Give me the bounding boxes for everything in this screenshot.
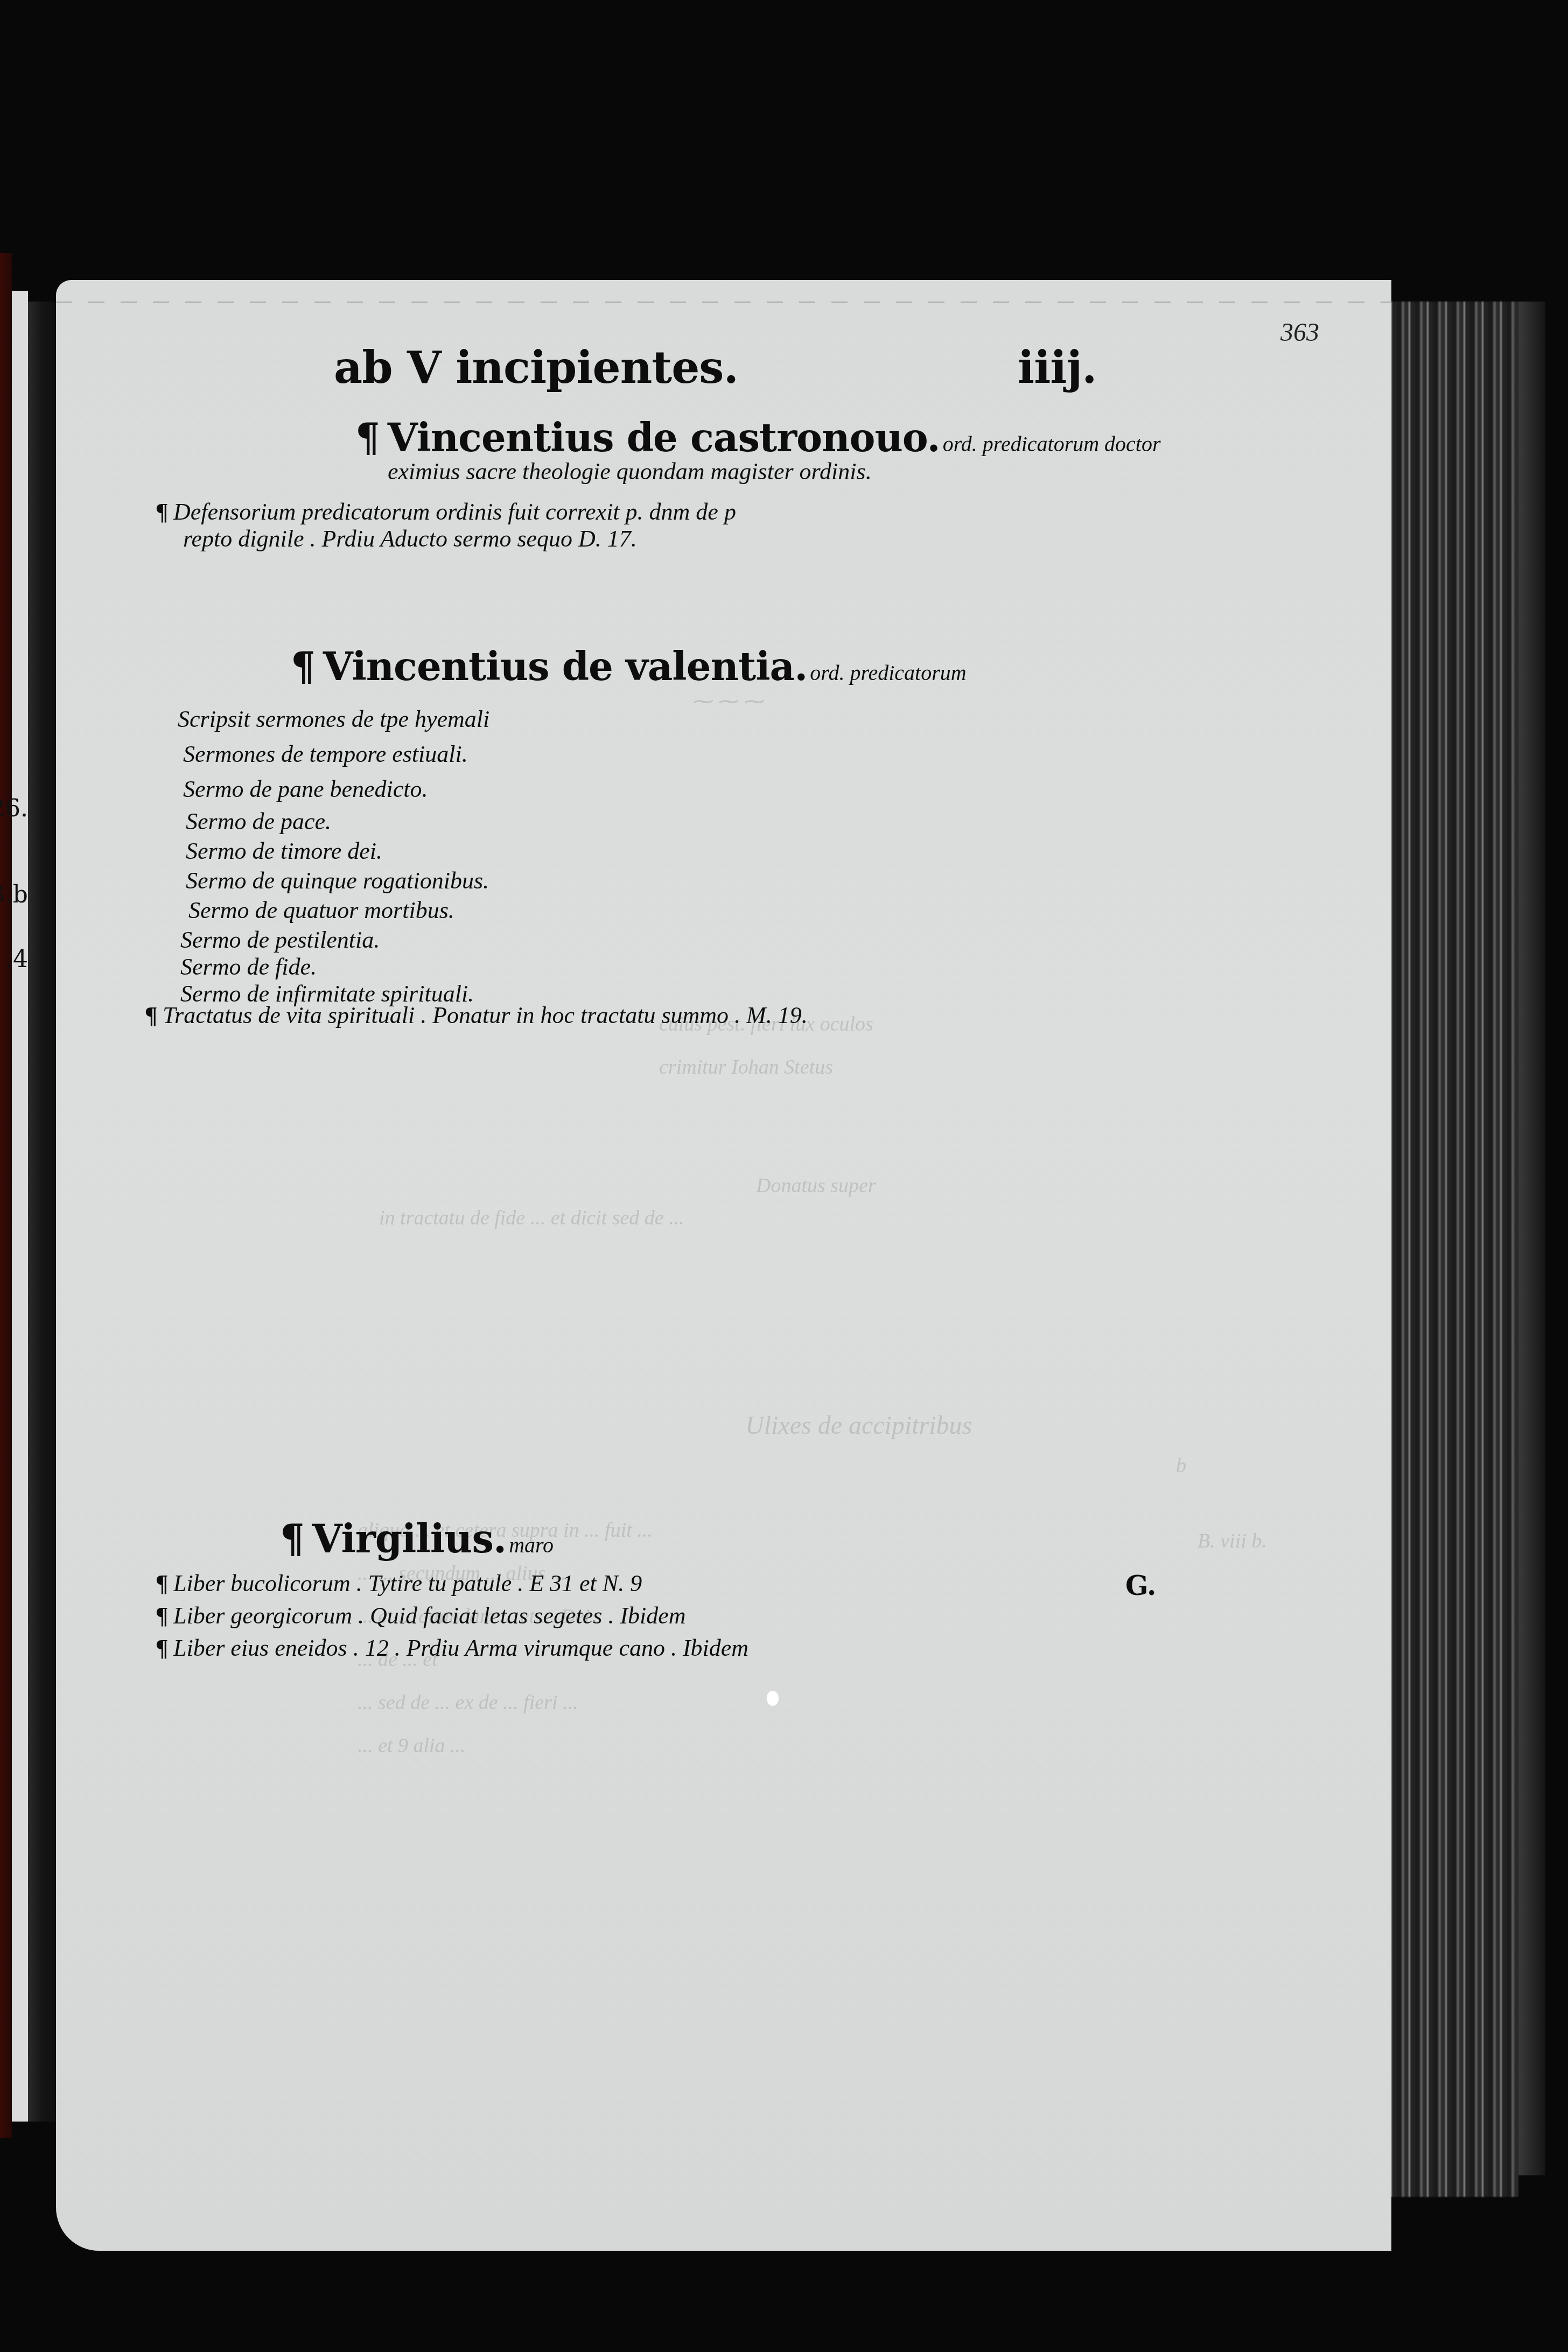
verso-mark: 26.	[0, 797, 28, 821]
author-note: ord. predicatorum	[810, 661, 966, 685]
verso-mark: 3.b	[0, 883, 28, 907]
entry-heading: ¶Virgilius. maro	[280, 1516, 554, 1562]
paper-fleck	[767, 1691, 779, 1706]
pilcrow-icon: ¶	[156, 1602, 168, 1629]
entry-heading: ¶Vincentius de valentia. ord. predicator…	[291, 643, 967, 689]
binding-board-edge	[1518, 302, 1545, 2175]
pilcrow-icon: ¶	[355, 415, 380, 460]
work-line: Sermo de pace.	[186, 808, 331, 835]
work-line: repto dignile . Prdiu Aducto sermo sequo…	[183, 525, 637, 552]
folio-number: 363	[1280, 318, 1319, 347]
work-line: Sermo de fide.	[180, 953, 317, 981]
show-through-text: B. viii b.	[1198, 1529, 1267, 1553]
show-through-text: in tractatu de fide ... et dicit sed de …	[379, 1206, 684, 1230]
work-line: Sermo de timore dei.	[186, 837, 382, 865]
pilcrow-icon: ¶	[156, 499, 168, 525]
pilcrow-icon: ¶	[145, 1002, 157, 1028]
show-through-text: crimitur Iohan Stetus	[659, 1055, 833, 1079]
author-name: Virgilius.	[312, 1516, 506, 1562]
show-through-text: ... sed de ... ex de ... fieri ...	[358, 1691, 578, 1714]
pilcrow-icon: ¶	[156, 1635, 168, 1661]
binding-red-edge	[0, 253, 12, 2138]
pilcrow-icon: ¶	[291, 643, 316, 689]
work-line: Scripsit sermones de tpe hyemali	[178, 705, 489, 733]
show-through-text: Donatus super	[756, 1174, 876, 1198]
show-through-text: b	[1176, 1454, 1186, 1478]
author-name: Vincentius de castronouo.	[388, 415, 940, 460]
entry-heading: ¶Vincentius de castronouo. ord. predicat…	[355, 415, 1161, 460]
author-note: ord. predicatorum doctor	[943, 432, 1161, 456]
work-line: ¶Tractatus de vita spirituali . Ponatur …	[145, 1002, 808, 1029]
verso-mark: .4	[5, 948, 28, 971]
work-line: Sermones de tempore estiuali.	[183, 740, 468, 768]
quire-mark: iiij.	[1018, 342, 1097, 394]
show-through-text: ⁓ ⁓ ⁓	[691, 689, 763, 713]
facing-page-edge	[12, 291, 28, 2122]
margin-mark: G.	[1125, 1570, 1156, 1601]
pilcrow-icon: ¶	[280, 1516, 305, 1562]
author-name: Vincentius de valentia.	[323, 643, 807, 689]
work-line: Sermo de pane benedicto.	[183, 775, 428, 803]
show-through-text: Ulixes de accipitribus	[745, 1411, 972, 1440]
running-head: ab V incipientes.	[334, 342, 738, 394]
author-note: maro	[509, 1533, 554, 1557]
work-line: ¶Liber bucolicorum . Tytire tu patule . …	[156, 1570, 642, 1597]
work-line: Sermo de quatuor mortibus.	[188, 897, 454, 924]
show-through-text: ... et 9 alia ...	[358, 1734, 466, 1758]
manuscript-page: ⁓ ⁓ ⁓ cuius pest. fieri lux oculos crimi…	[56, 280, 1391, 2251]
pilcrow-icon: ¶	[156, 1570, 168, 1597]
gutter-shadow	[28, 302, 56, 2122]
work-line: Sermo de quinque rogationibus.	[186, 867, 489, 894]
work-line: ¶Liber eius eneidos . 12 . Prdiu Arma vi…	[156, 1634, 748, 1662]
text-block-edges	[1378, 302, 1518, 2197]
work-line: Sermo de pestilentia.	[180, 926, 380, 954]
work-line: ¶Defensorium predicatorum ordinis fuit c…	[156, 498, 736, 526]
work-line: ¶Liber georgicorum . Quid faciat letas s…	[156, 1602, 686, 1629]
author-note-line: eximius sacre theologie quondam magister…	[388, 458, 872, 485]
